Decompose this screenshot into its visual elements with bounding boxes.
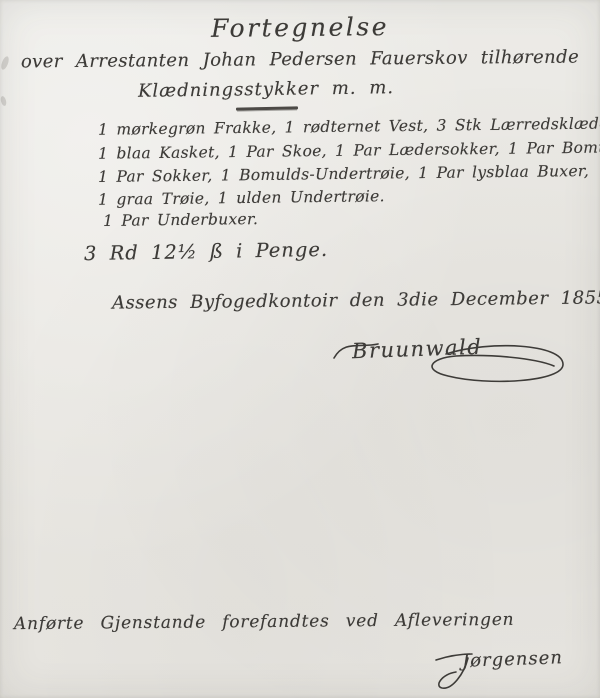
footer-confirmation-note: Anførte Gjenstande forefandtes ved Aflev… (14, 610, 515, 634)
signature-flourish-swash (434, 644, 584, 694)
inventory-item-line: 1 blaa Kasket, 1 Par Skoe, 1 Par Læderso… (98, 137, 600, 162)
document-title: Fortegnelse (0, 10, 600, 45)
inventory-item-line: 1 Par Sokker, 1 Bomulds-Undertrøie, 1 Pa… (98, 162, 589, 186)
signature-flourish-oval (330, 328, 570, 390)
place-date-line: Assens Byfogedkontoir den 3die December … (112, 287, 600, 313)
document-subtitle-line2: Klædningsstykker m. m. (138, 77, 394, 102)
heading-underline-rule (236, 106, 298, 110)
scanned-document-page: Fortegnelse over Arrestanten Johan Peder… (0, 0, 600, 698)
document-subtitle-line1: over Arrestanten Johan Pedersen Fauersko… (0, 46, 600, 72)
money-amount-line: 3 Rd 12½ ß i Penge. (84, 238, 328, 265)
inventory-item-line: 1 mørkegrøn Frakke, 1 rødternet Vest, 3 … (98, 113, 600, 138)
inventory-item-line: 1 graa Trøie, 1 ulden Undertrøie. (98, 187, 385, 209)
inventory-item-line: 1 Par Underbuxer. (103, 210, 258, 230)
scan-edge-artifact (0, 96, 7, 107)
